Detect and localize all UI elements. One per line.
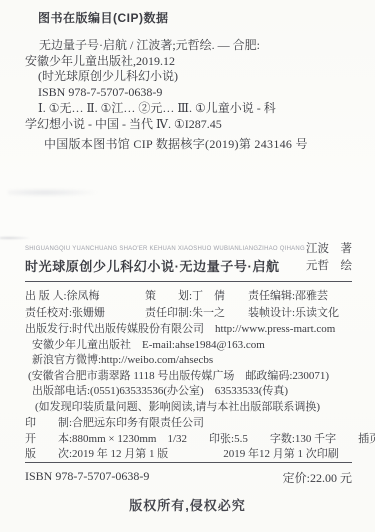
credit-cell-publisher-person: 出 版 人:徐凤梅: [25, 288, 145, 305]
credit-cell-designer: 装帧设计:乐读文化: [248, 305, 352, 322]
author-credits: 江波 著 元哲 绘: [306, 241, 352, 275]
divider-rule: [25, 462, 352, 463]
spec-line-format: 开 本:880mm × 1230mm 1/32 印张:5.5 字数:130 千字…: [25, 432, 355, 448]
classification-line: Ⅰ. ①无… Ⅱ. ①江… ②元… Ⅲ. ①儿童小说 - 科: [25, 101, 355, 117]
spec-line-printer: 印 制:合肥远东印务有限责任公司: [25, 416, 355, 432]
scan-smudge: [8, 188, 100, 197]
author-credit: 江波 著: [306, 241, 352, 258]
publisher-block: 出版发行:时代出版传媒股份有限公司 http://www.press-mart.…: [25, 322, 355, 416]
cip-heading: 图书在版编目(CIP)数据: [38, 9, 169, 26]
publisher-line: 出版部电话:(0551)63533536(办公室) 63533533(传真): [25, 384, 355, 400]
series-title-group: SHIGUANGQIU YUANCHUANG SHAO'ER KEHUAN XI…: [25, 246, 305, 275]
illustrator-credit: 元哲 绘: [306, 258, 352, 275]
series-title: 时光球原创少儿科幻小说·无边量子号·启航: [25, 256, 305, 275]
publisher-line: 新浪官方微博:http://weibo.com/ahsecbs: [25, 353, 355, 369]
cip-line: 安徽少年儿童出版社,2019.12: [25, 54, 355, 70]
cip-record-number: 中国版本图书馆 CIP 数据核字(2019)第 243146 号: [44, 135, 308, 152]
isbn: ISBN 978-7-5707-0638-9: [25, 469, 149, 486]
publisher-line: 安徽少年儿童出版社 E-mail:ahse1984@163.com: [25, 338, 355, 354]
cip-isbn-line: ISBN 978-7-5707-0638-9: [25, 85, 355, 101]
credit-cell-planner: 策 划:丁 倩: [145, 288, 248, 305]
print-specs-block: 印 制:合肥远东印务有限责任公司 开 本:880mm × 1230mm 1/32…: [25, 416, 355, 463]
isbn-price-row: ISBN 978-7-5707-0638-9 定价:22.00 元: [25, 469, 352, 486]
classification-line: 学幻想小说 - 中国 - 当代 Ⅳ. ①I287.45: [25, 117, 355, 133]
credit-cell-editor: 责任编辑:邵雅芸: [248, 288, 352, 305]
credits-row: 出 版 人:徐凤梅 策 划:丁 倩 责任编辑:邵雅芸: [25, 288, 352, 305]
credit-cell-print-supervisor: 责任印制:朱一之: [145, 305, 248, 322]
publisher-line: (安徽省合肥市翡翠路 1118 号出版传媒广场 邮政编码:230071): [25, 369, 355, 385]
publisher-line: (如发现印装质量问题、影响阅读,请与本社出版部联系调换): [25, 400, 355, 416]
series-masthead: SHIGUANGQIU YUANCHUANG SHAO'ER KEHUAN XI…: [25, 241, 352, 275]
cip-classification-block: Ⅰ. ①无… Ⅱ. ①江… ②元… Ⅲ. ①儿童小说 - 科 学幻想小说 - 中…: [25, 101, 355, 132]
divider-rule: [25, 281, 352, 282]
cip-line: 无边量子号·启航 / 江波著;元哲绘. — 合肥:: [25, 38, 355, 54]
cip-description-block: 无边量子号·启航 / 江波著;元哲绘. — 合肥: 安徽少年儿童出版社,2019…: [25, 38, 355, 100]
credit-cell-proofreader: 责任校对:张姗姗: [25, 305, 145, 322]
cip-line: (时光球原创少儿科幻小说): [25, 69, 355, 85]
series-pinyin: SHIGUANGQIU YUANCHUANG SHAO'ER KEHUAN XI…: [25, 246, 305, 252]
credits-row: 责任校对:张姗姗 责任印制:朱一之 装帧设计:乐读文化: [25, 305, 352, 322]
copyright-notice: 版权所有,侵权必究: [0, 495, 375, 514]
publisher-line: 出版发行:时代出版传媒股份有限公司 http://www.press-mart.…: [25, 322, 355, 338]
book-copyright-page: 图书在版编目(CIP)数据 无边量子号·启航 / 江波著;元哲绘. — 合肥: …: [0, 0, 375, 532]
spec-line-edition: 版 次:2019 年 12 月第 1 版 2019 年12 月第 1 次印刷: [25, 447, 355, 463]
scan-smudge: [0, 236, 30, 240]
credits-table: 出 版 人:徐凤梅 策 划:丁 倩 责任编辑:邵雅芸 责任校对:张姗姗 责任印制…: [25, 288, 352, 321]
price: 定价:22.00 元: [283, 469, 352, 486]
